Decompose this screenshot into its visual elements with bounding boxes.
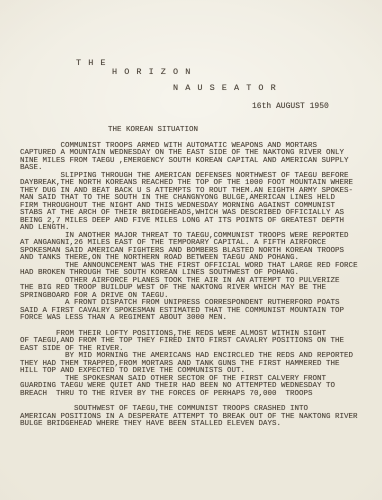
- masthead-horizon: H O R I Z O N: [112, 67, 191, 77]
- dateline: 16th AUGUST 1950: [252, 102, 329, 111]
- masthead-nauseator: N A U S E A T O R: [173, 83, 277, 93]
- article-heading: THE KOREAN SITUATION: [20, 127, 368, 135]
- paragraph: COMMUNIST TROOPS ARMED WITH AUTOMATIC WE…: [20, 143, 368, 173]
- masthead-the: T H E: [76, 58, 107, 68]
- paragraph: BY MID MORNING THE AMERICANS HAD ENCIRCL…: [20, 353, 368, 376]
- document-page: T H E H O R I Z O N N A U S E A T O R 16…: [0, 0, 382, 500]
- paragraph: THE ANNOUNCEMENT WAS THE FIRST OFFICIAL …: [20, 263, 368, 278]
- paragraph: SLIPPING THROUGH THE AMERICAN DEFENSES N…: [20, 173, 368, 233]
- paragraph: THE SPOKESMAN SAID OTHER SECTOR OF THE F…: [20, 376, 368, 399]
- paragraph: OTHER AIRFORCE PLANES TOOK THE AIR IN AN…: [20, 278, 368, 301]
- paragraph: A FRONT DISPATCH FROM UNIPRESS CORRESPON…: [20, 300, 368, 323]
- paragraph: FROM THEIR LOFTY POSITIONS,THE REDS WERE…: [20, 331, 368, 354]
- paragraph: SOUTHWEST OF TAEGU,THE COMMUNIST TROOPS …: [20, 406, 368, 429]
- article-body: THE KOREAN SITUATION COMMUNIST TROOPS AR…: [20, 127, 368, 429]
- paragraph: IN ANOTHER MAJOR THREAT TO TAEGU,COMMUNI…: [20, 233, 368, 263]
